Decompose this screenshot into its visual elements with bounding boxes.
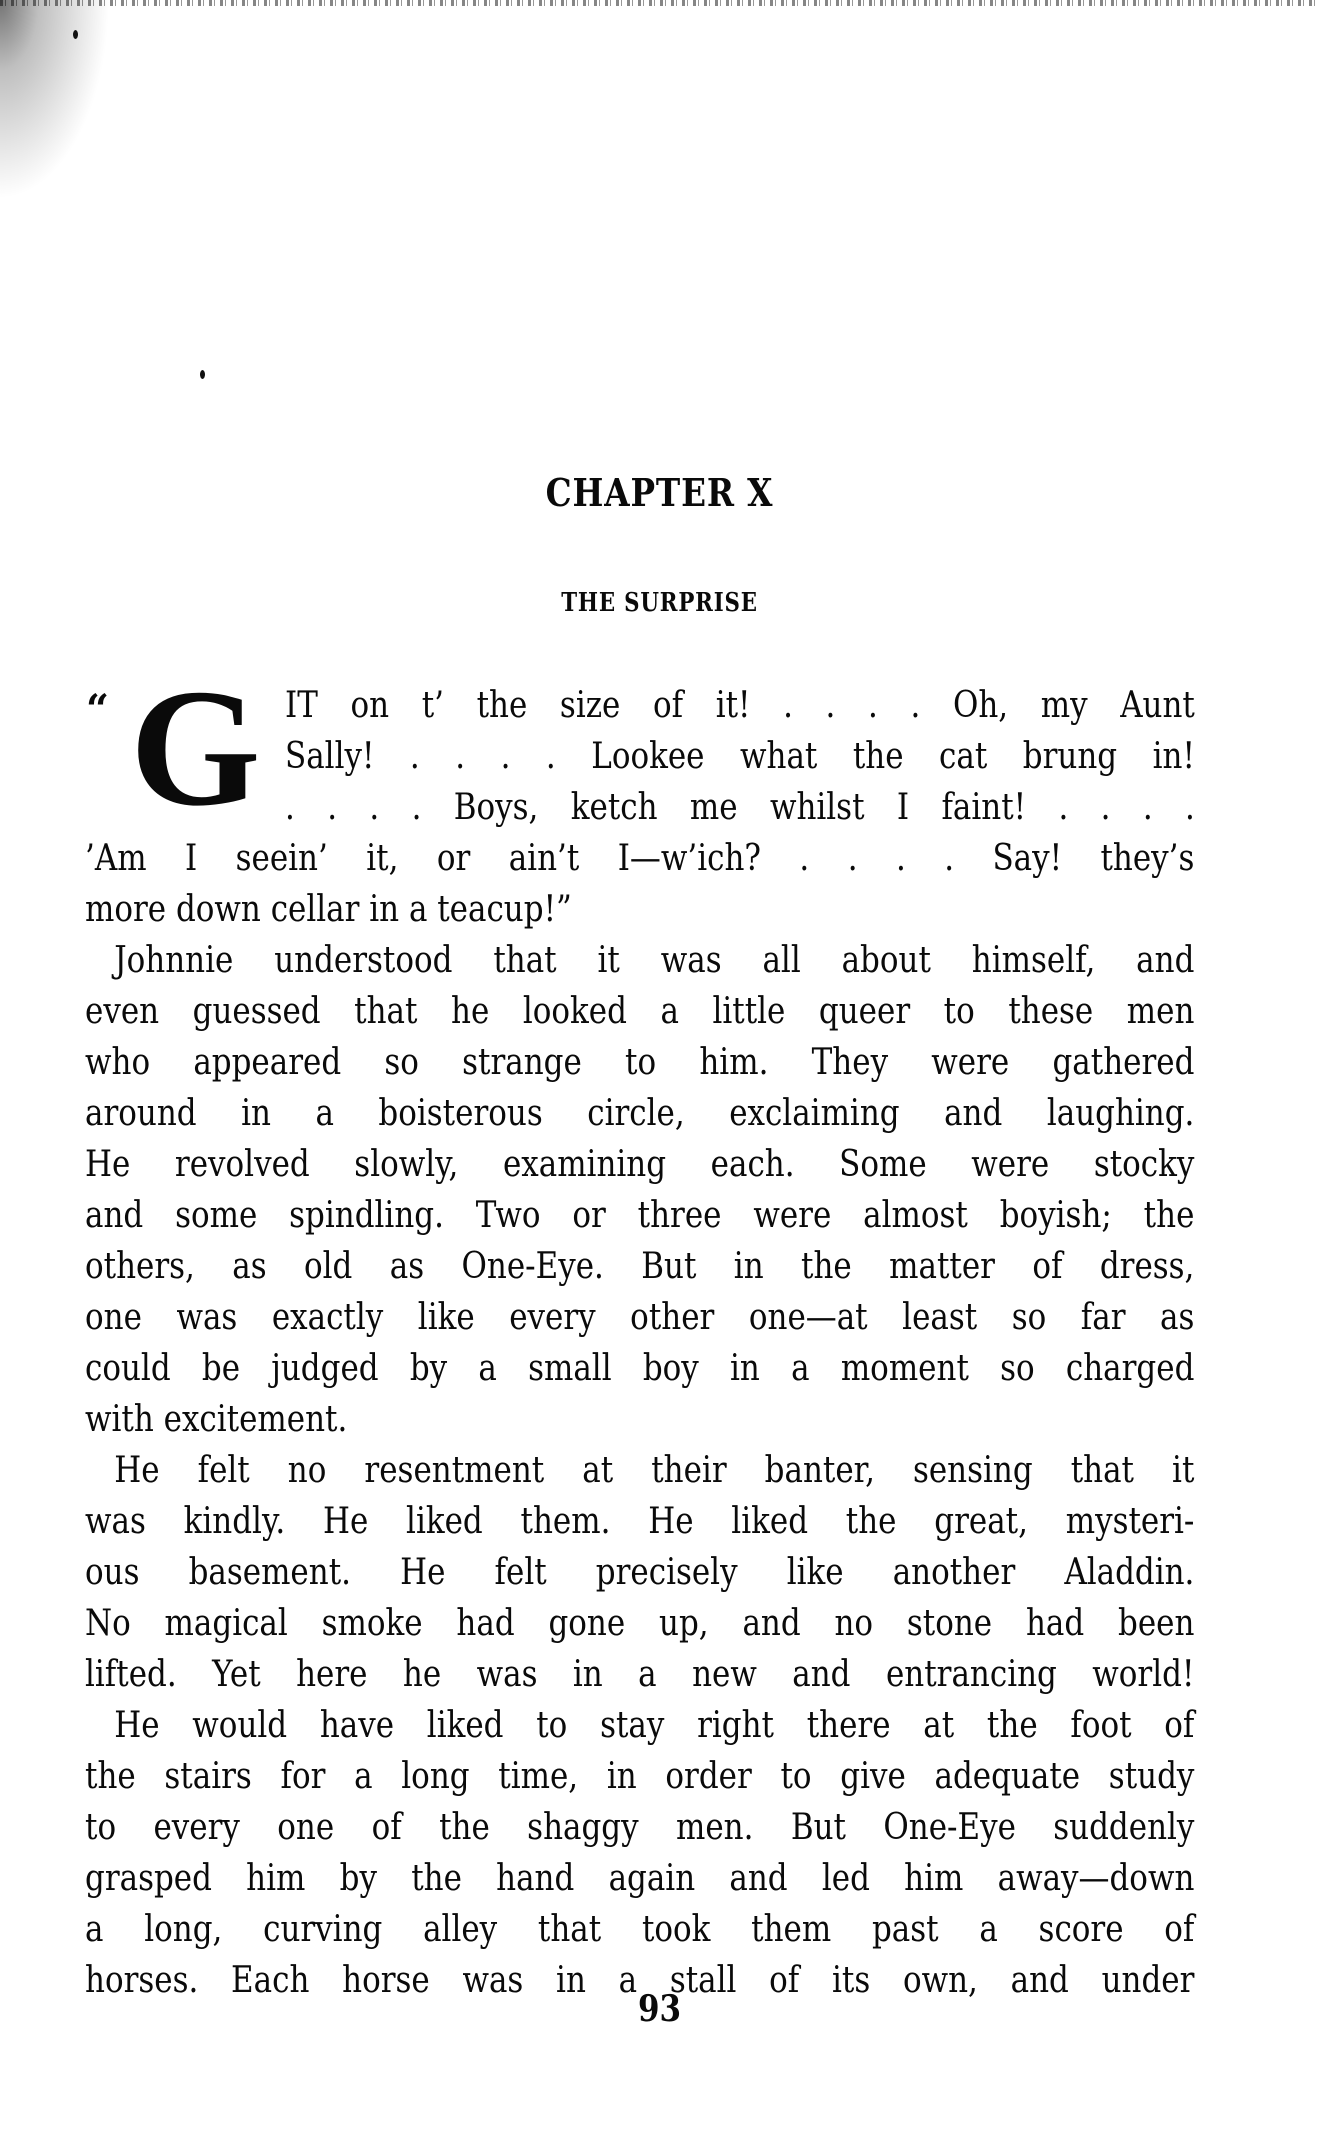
text-line: even guessed that he looked a little que… — [85, 986, 1040, 1037]
text-line: around in a boisterous circle, exclaimin… — [85, 1088, 1040, 1139]
text-line: Sally! . . . . Lookee what the cat brung… — [285, 731, 1068, 782]
drop-cap-letter: G — [130, 668, 261, 828]
scan-top-edge — [0, 0, 1319, 6]
page-number: 93 — [92, 1988, 1226, 2030]
text-line: a long, curving alley that took them pas… — [85, 1904, 1040, 1955]
text-line: with excitement. — [85, 1394, 1040, 1445]
text-line: one was exactly like every other one—at … — [85, 1292, 1040, 1343]
text-line: He would have liked to stay right there … — [85, 1700, 1040, 1751]
text-line: the stairs for a long time, in order to … — [85, 1751, 1040, 1802]
text-line: . . . . Boys, ketch me whilst I faint! .… — [285, 782, 1068, 833]
text-line: who appeared so strange to him. They wer… — [85, 1037, 1040, 1088]
text-line: Johnnie understood that it was all about… — [85, 935, 1040, 986]
text-line: more down cellar in a teacup!” — [85, 884, 1040, 935]
text-line: and some spindling. Two or three were al… — [85, 1190, 1040, 1241]
chapter-title: CHAPTER X — [92, 470, 1226, 515]
chapter-subtitle: THE SURPRISE — [119, 588, 1201, 618]
opening-quote: “ — [86, 690, 109, 730]
text-line: others, as old as One-Eye. But in the ma… — [85, 1241, 1040, 1292]
scan-speck — [200, 370, 205, 379]
text-line: to every one of the shaggy men. But One-… — [85, 1802, 1040, 1853]
text-line: was kindly. He liked them. He liked the … — [85, 1496, 1040, 1547]
text-line: He revolved slowly, examining each. Some… — [85, 1139, 1040, 1190]
text-line: grasped him by the hand again and led hi… — [85, 1853, 1040, 1904]
text-line: He felt no resentment at their banter, s… — [85, 1445, 1040, 1496]
text-line: ’Am I seein’ it, or ain’t I—w’ich? . . .… — [85, 833, 1040, 884]
text-line: lifted. Yet here he was in a new and ent… — [85, 1649, 1040, 1700]
text-line: No magical smoke had gone up, and no sto… — [85, 1598, 1040, 1649]
scan-corner-shadow — [0, 0, 110, 200]
text-line: ous basement. He felt precisely like ano… — [85, 1547, 1040, 1598]
scan-speck — [73, 30, 78, 39]
text-line: IT on t’ the size of it! . . . . Oh, my … — [285, 680, 1068, 731]
text-line: could be judged by a small boy in a mome… — [85, 1343, 1040, 1394]
